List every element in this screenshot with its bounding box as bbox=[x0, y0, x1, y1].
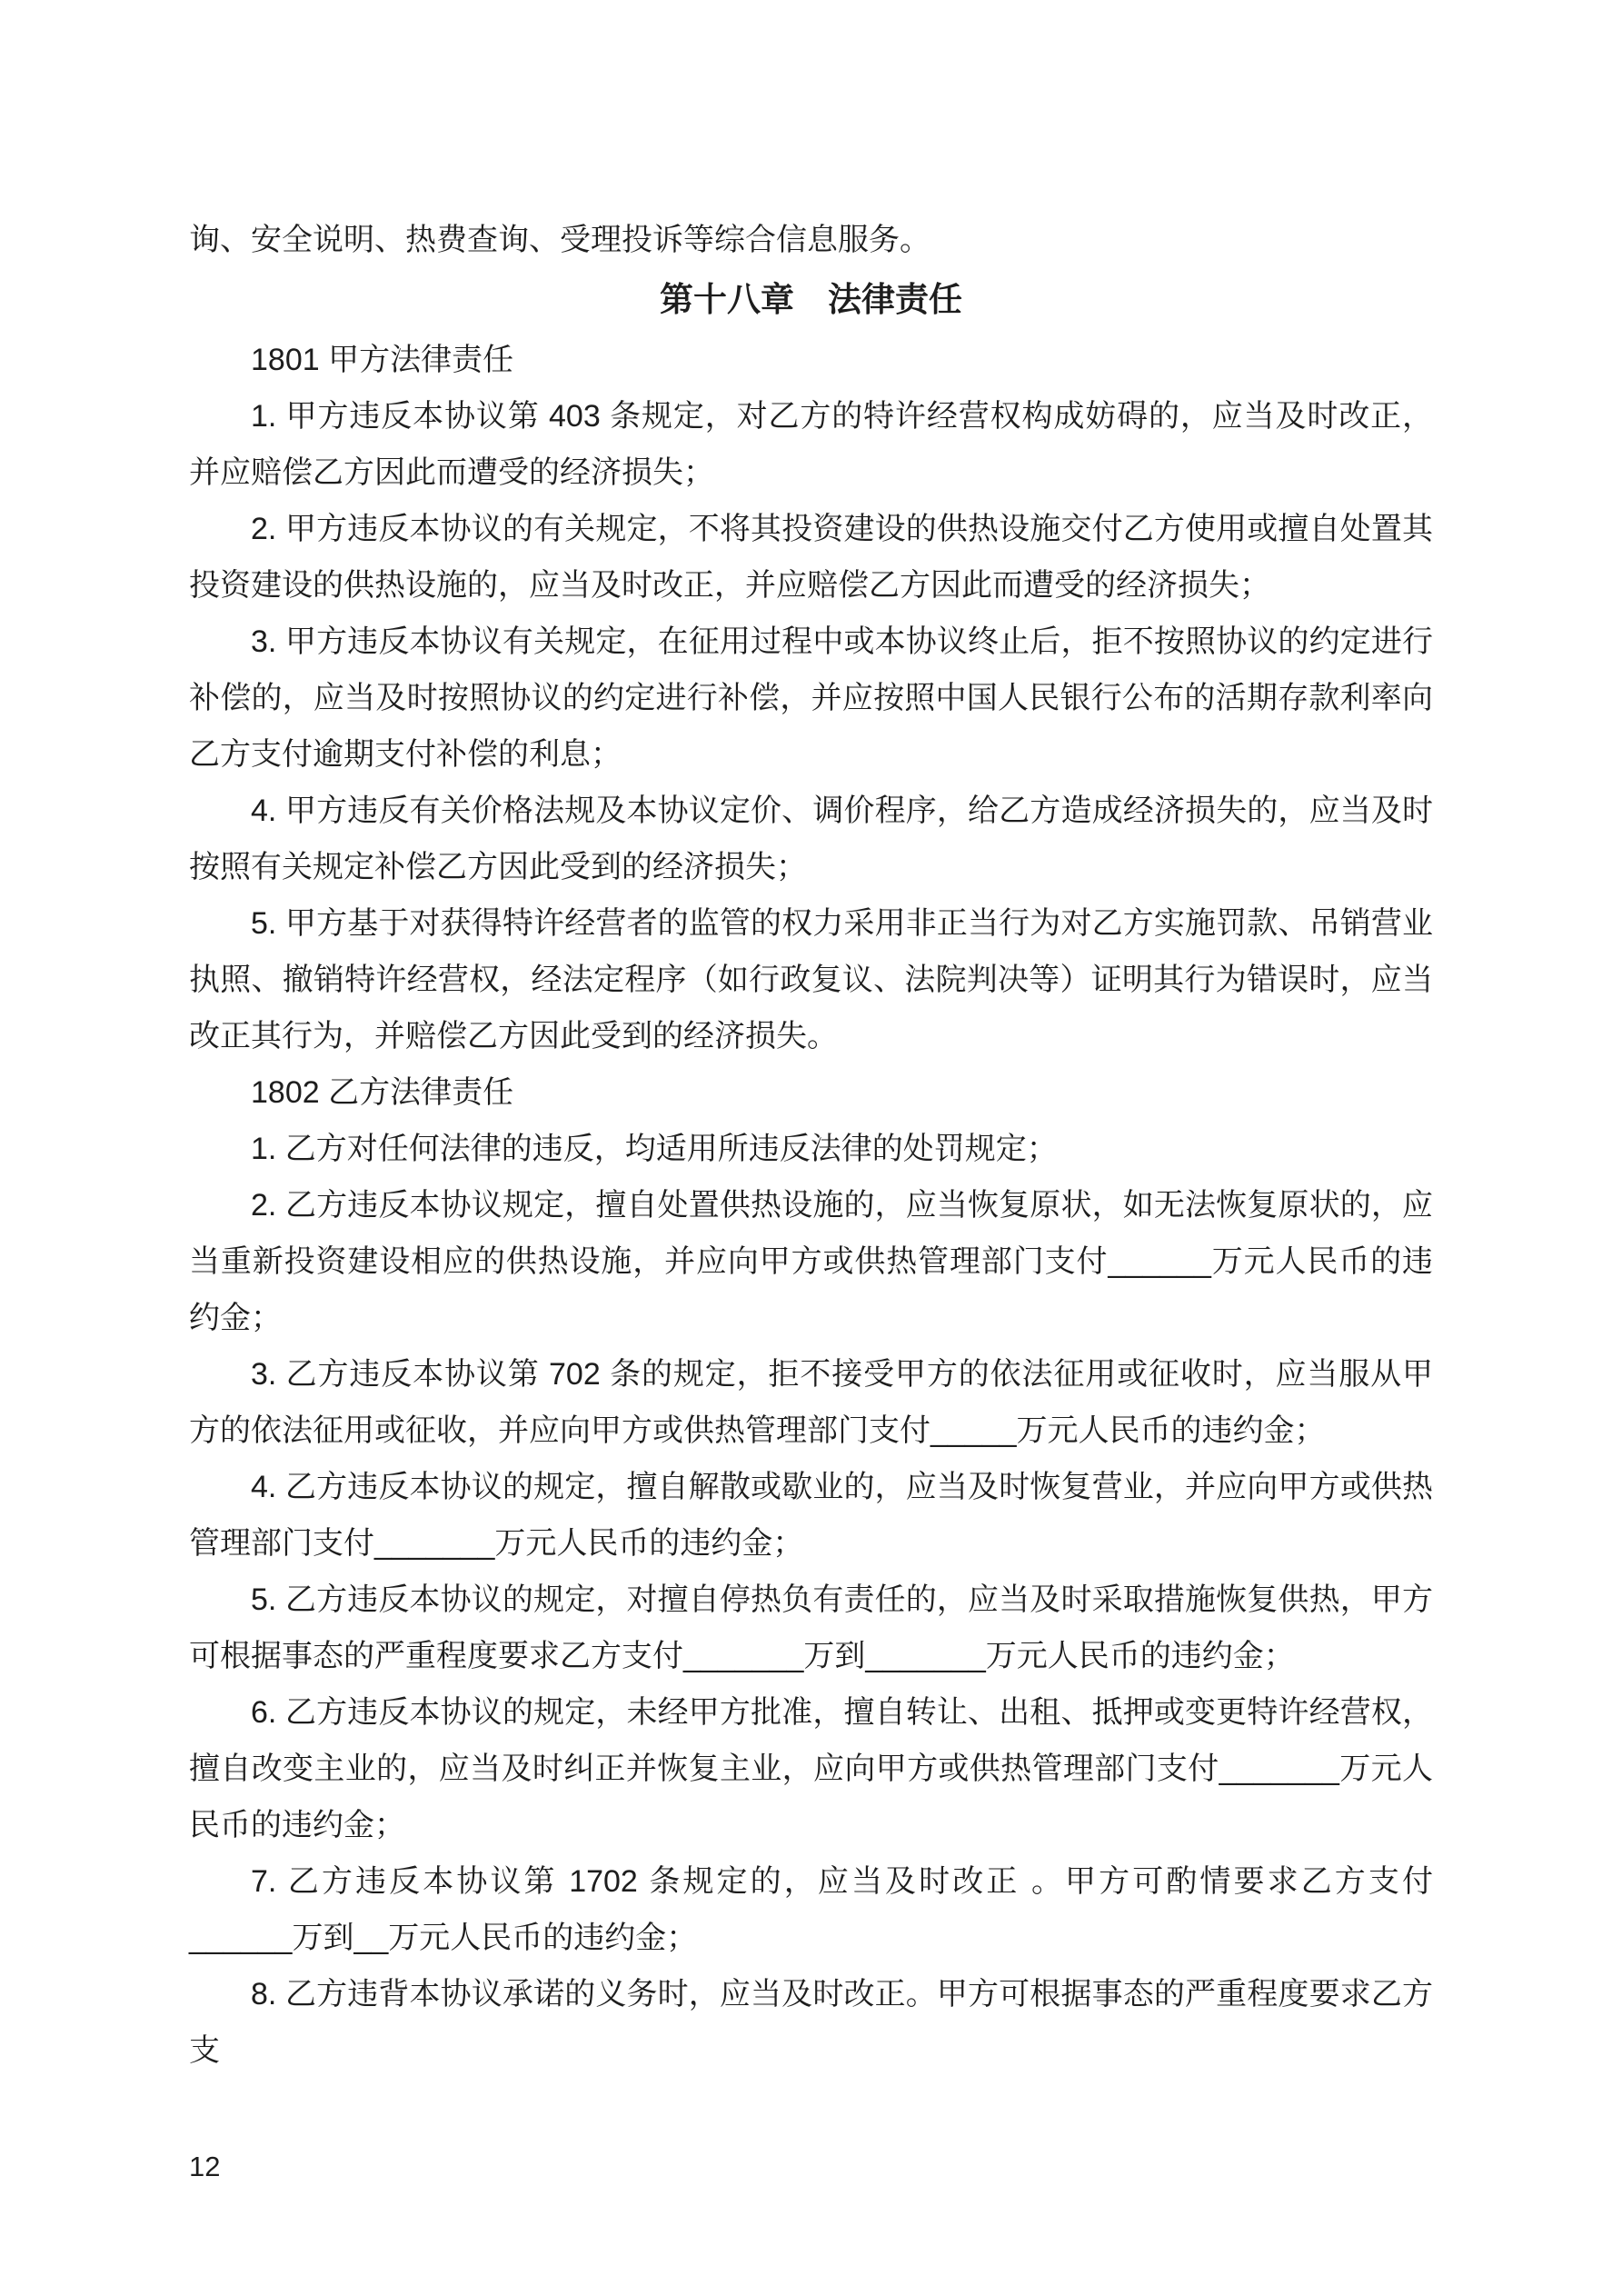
clause-1801-1: 1. 甲方违反本协议第 403 条规定，对乙方的特许经营权构成妨碍的，应当及时改… bbox=[189, 388, 1433, 501]
clause-1802-3: 3. 乙方违反本协议第 702 条的规定，拒不接受甲方的依法征用或征收时，应当服… bbox=[189, 1346, 1433, 1459]
clause-1802-7: 7. 乙方违反本协议第 1702 条规定的，应当及时改正 。甲方可酌情要求乙方支… bbox=[189, 1853, 1433, 1966]
document-page: 询、安全说明、热费查询、受理投诉等综合信息服务。 第十八章 法律责任 1801 … bbox=[0, 0, 1622, 2296]
clause-1801-2: 2. 甲方违反本协议的有关规定，不将其投资建设的供热设施交付乙方使用或擅自处置其… bbox=[189, 501, 1433, 614]
continuation-line: 询、安全说明、热费查询、受理投诉等综合信息服务。 bbox=[189, 212, 1433, 268]
clause-1802-6: 6. 乙方违反本协议的规定，未经甲方批准，擅自转让、出租、抵押或变更特许经营权，… bbox=[189, 1684, 1433, 1853]
page-number: 12 bbox=[189, 2151, 220, 2183]
clause-1802-5: 5. 乙方违反本协议的规定，对擅自停热负有责任的，应当及时采取措施恢复供热，甲方… bbox=[189, 1572, 1433, 1684]
section-heading-1802: 1802 乙方法律责任 bbox=[189, 1064, 1433, 1121]
clause-1802-2: 2. 乙方违反本协议规定，擅自处置供热设施的，应当恢复原状，如无法恢复原状的，应… bbox=[189, 1177, 1433, 1346]
clause-1801-5: 5. 甲方基于对获得特许经营者的监管的权力采用非正当行为对乙方实施罚款、吊销营业… bbox=[189, 895, 1433, 1064]
clause-1801-3: 3. 甲方违反本协议有关规定，在征用过程中或本协议终止后，拒不按照协议的约定进行… bbox=[189, 614, 1433, 783]
clause-1802-8: 8. 乙方违背本协议承诺的义务时，应当及时改正。甲方可根据事态的严重程度要求乙方… bbox=[189, 1966, 1433, 2079]
clause-1802-1: 1. 乙方对任何法律的违反，均适用所违反法律的处罚规定； bbox=[189, 1121, 1433, 1177]
clause-1801-4: 4. 甲方违反有关价格法规及本协议定价、调价程序，给乙方造成经济损失的，应当及时… bbox=[189, 783, 1433, 895]
section-heading-1801: 1801 甲方法律责任 bbox=[189, 332, 1433, 388]
chapter-title: 第十八章 法律责任 bbox=[189, 268, 1433, 332]
clause-1802-4: 4. 乙方违反本协议的规定，擅自解散或歇业的，应当及时恢复营业，并应向甲方或供热… bbox=[189, 1459, 1433, 1572]
